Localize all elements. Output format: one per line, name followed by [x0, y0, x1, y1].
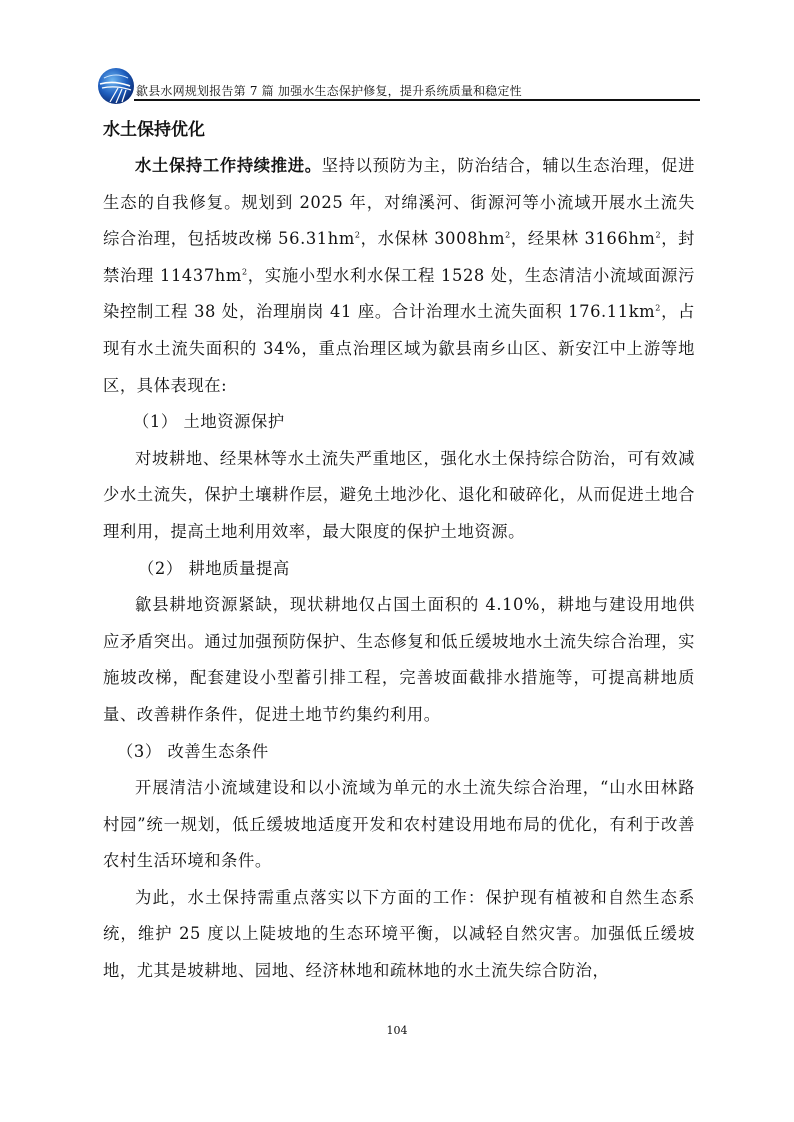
header-divider	[134, 99, 700, 101]
page-number: 104	[0, 1024, 794, 1037]
report-header-title: 歙县水网规划报告第 7 篇 加强水生态保护修复，提升系统质量和稳定性	[136, 82, 522, 99]
item-body-2: 歙县耕地资源紧缺，现状耕地仅占国土面积的 4.10%，耕地与建设用地供应矛盾突出…	[103, 587, 695, 733]
item-heading-2: （2） 耕地质量提高	[103, 551, 695, 588]
intro-text: ，经果林 3166hm	[511, 229, 656, 248]
closing-paragraph: 为此，水土保持需重点落实以下方面的工作：保护现有植被和自然生态系统，维护 25 …	[103, 880, 695, 990]
item-body-3: 开展清洁小流域建设和以小流域为单元的水土流失综合治理，“山水田林路村园”统一规划…	[103, 770, 695, 880]
intro-text: ，水保林 3008hm	[361, 229, 506, 248]
water-network-logo-icon	[96, 66, 136, 106]
section-title: 水土保持优化	[103, 112, 695, 148]
intro-lead: 水土保持工作持续推进。	[135, 156, 322, 175]
intro-paragraph: 水土保持工作持续推进。坚持以预防为主，防治结合，辅以生态治理，促进生态的自我修复…	[103, 148, 695, 404]
item-heading-3: （3） 改善生态条件	[103, 734, 695, 771]
document-body: 水土保持优化 水土保持工作持续推进。坚持以预防为主，防治结合，辅以生态治理，促进…	[103, 112, 695, 990]
item-heading-1: （1） 土地资源保护	[103, 404, 695, 441]
item-body-1: 对坡耕地、经果林等水土流失严重地区，强化水土保持综合防治，可有效减少水土流失，保…	[103, 441, 695, 551]
page-header: 歙县水网规划报告第 7 篇 加强水生态保护修复，提升系统质量和稳定性	[96, 66, 700, 110]
